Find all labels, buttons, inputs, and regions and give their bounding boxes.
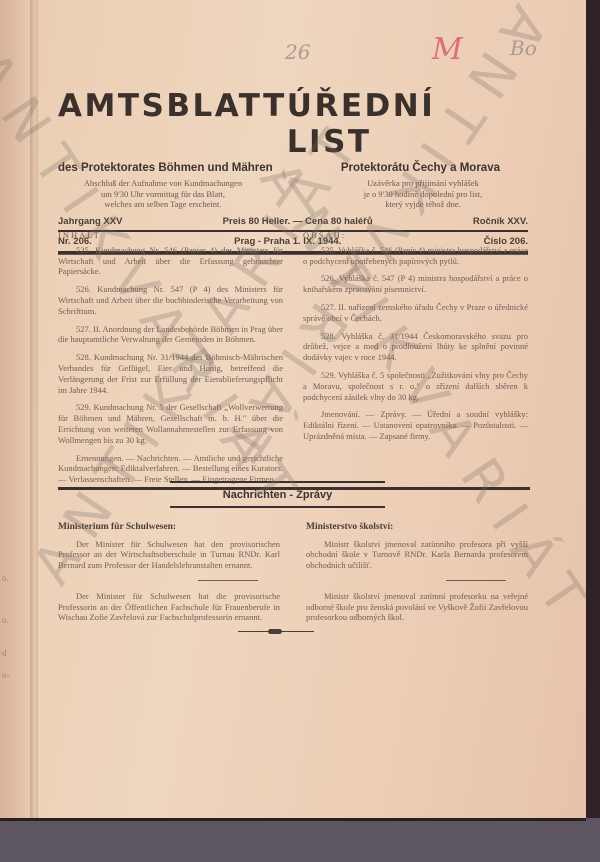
gazette-page: o. o. d o- 26 M Bo AMTSBLATT ÚŘEDNÍ LIST… bbox=[0, 0, 586, 821]
table-of-contents: INHALT 525. Kundmachung Nr. 546 (Papier … bbox=[58, 230, 528, 492]
title-czech: ÚŘEDNÍ LIST bbox=[287, 88, 528, 160]
volume-czech: Ročník XXV. bbox=[473, 216, 528, 227]
divider bbox=[198, 580, 258, 581]
contents-entry: 529. Kundmachung Nr. 5 der Gesellschaft … bbox=[58, 402, 283, 445]
volume-german: Jahrgang XXV bbox=[58, 216, 122, 227]
contents-entry: 525. Vyhláška č. 546 (Papír 4) ministra … bbox=[303, 245, 528, 267]
contents-entry: 528. Kundmachung Nr. 31/1944 des Böhmisc… bbox=[58, 352, 283, 395]
book-edge bbox=[586, 0, 600, 818]
divider bbox=[446, 580, 506, 581]
news-paragraph: Ministr školství jmenoval zatímní profes… bbox=[306, 591, 528, 623]
subtitle-german: des Protektorates Böhmen und Mähren bbox=[58, 162, 273, 174]
subtitle-czech: Protektorátu Čechy a Morava bbox=[341, 162, 500, 174]
deadline-notice-german: Abschluß der Aufnahme von Kundmachungen … bbox=[58, 178, 268, 210]
price: Preis 80 Heller. — Cena 80 haléřů bbox=[223, 216, 373, 227]
contents-entry: 525. Kundmachung Nr. 546 (Papier 4) des … bbox=[58, 245, 283, 277]
news-german: Ministerium für Schulwesen: Der Minister… bbox=[58, 522, 280, 623]
contents-heading: OBSAH: bbox=[303, 230, 528, 241]
binding-fold bbox=[30, 0, 38, 818]
contents-entry: 526. Kundmachung Nr. 547 (P 4) des Minis… bbox=[58, 284, 283, 316]
background-surface bbox=[0, 818, 600, 862]
handwritten-mark: 26 bbox=[285, 40, 310, 64]
contents-entry: 528. Vyhláška č. 31/1944 Českomoravského… bbox=[303, 331, 528, 363]
margin-fragment: d bbox=[2, 648, 7, 658]
margin-fragment: o. bbox=[2, 615, 9, 625]
contents-german: INHALT 525. Kundmachung Nr. 546 (Papier … bbox=[58, 230, 283, 492]
news-heading: Ministerium für Schulwesen: bbox=[58, 522, 280, 533]
end-ornament bbox=[238, 631, 314, 632]
news-paragraph: Ministr školství jmenoval zatímního prof… bbox=[306, 539, 528, 571]
news-section: Ministerium für Schulwesen: Der Minister… bbox=[58, 522, 528, 623]
deadline-notice-czech: Uzávěrka pro přijímání vyhlášek je o 9'3… bbox=[318, 178, 528, 210]
contents-czech: OBSAH: 525. Vyhláška č. 546 (Papír 4) mi… bbox=[303, 230, 528, 492]
handwritten-mark: Bo bbox=[510, 36, 537, 60]
section-title-text: Nachrichten - Zprávy bbox=[170, 483, 385, 506]
news-paragraph: Der Minister für Schulwesen hat die prov… bbox=[58, 591, 280, 623]
news-czech: Ministerstvo školství: Ministr školství … bbox=[306, 522, 528, 623]
contents-entry: 526. Vyhláška č. 547 (P 4) ministra hosp… bbox=[303, 273, 528, 295]
previous-page-edge bbox=[0, 0, 32, 818]
contents-misc: Jmenování. — Zprávy. — Úřední a soudní v… bbox=[303, 409, 528, 441]
handwritten-mark-red: M bbox=[432, 32, 463, 67]
contents-entry: 527. II. nařízení zemského úřadu Čechy v… bbox=[303, 302, 528, 324]
contents-entry: 529. Vyhláška č. 5 společnosti „Zužitkov… bbox=[303, 370, 528, 402]
title-german: AMTSBLATT bbox=[58, 88, 287, 160]
margin-fragment: o- bbox=[2, 670, 10, 680]
contents-heading: INHALT bbox=[58, 230, 283, 241]
contents-entry: 527. II. Anordnung der Landesbehörde Böh… bbox=[58, 324, 283, 346]
margin-fragment: o. bbox=[2, 573, 9, 583]
news-heading: Ministerstvo školství: bbox=[306, 522, 528, 533]
news-paragraph: Der Minister für Schulwesen hat den prov… bbox=[58, 539, 280, 571]
section-heading: Nachrichten - Zprávy bbox=[170, 481, 385, 508]
